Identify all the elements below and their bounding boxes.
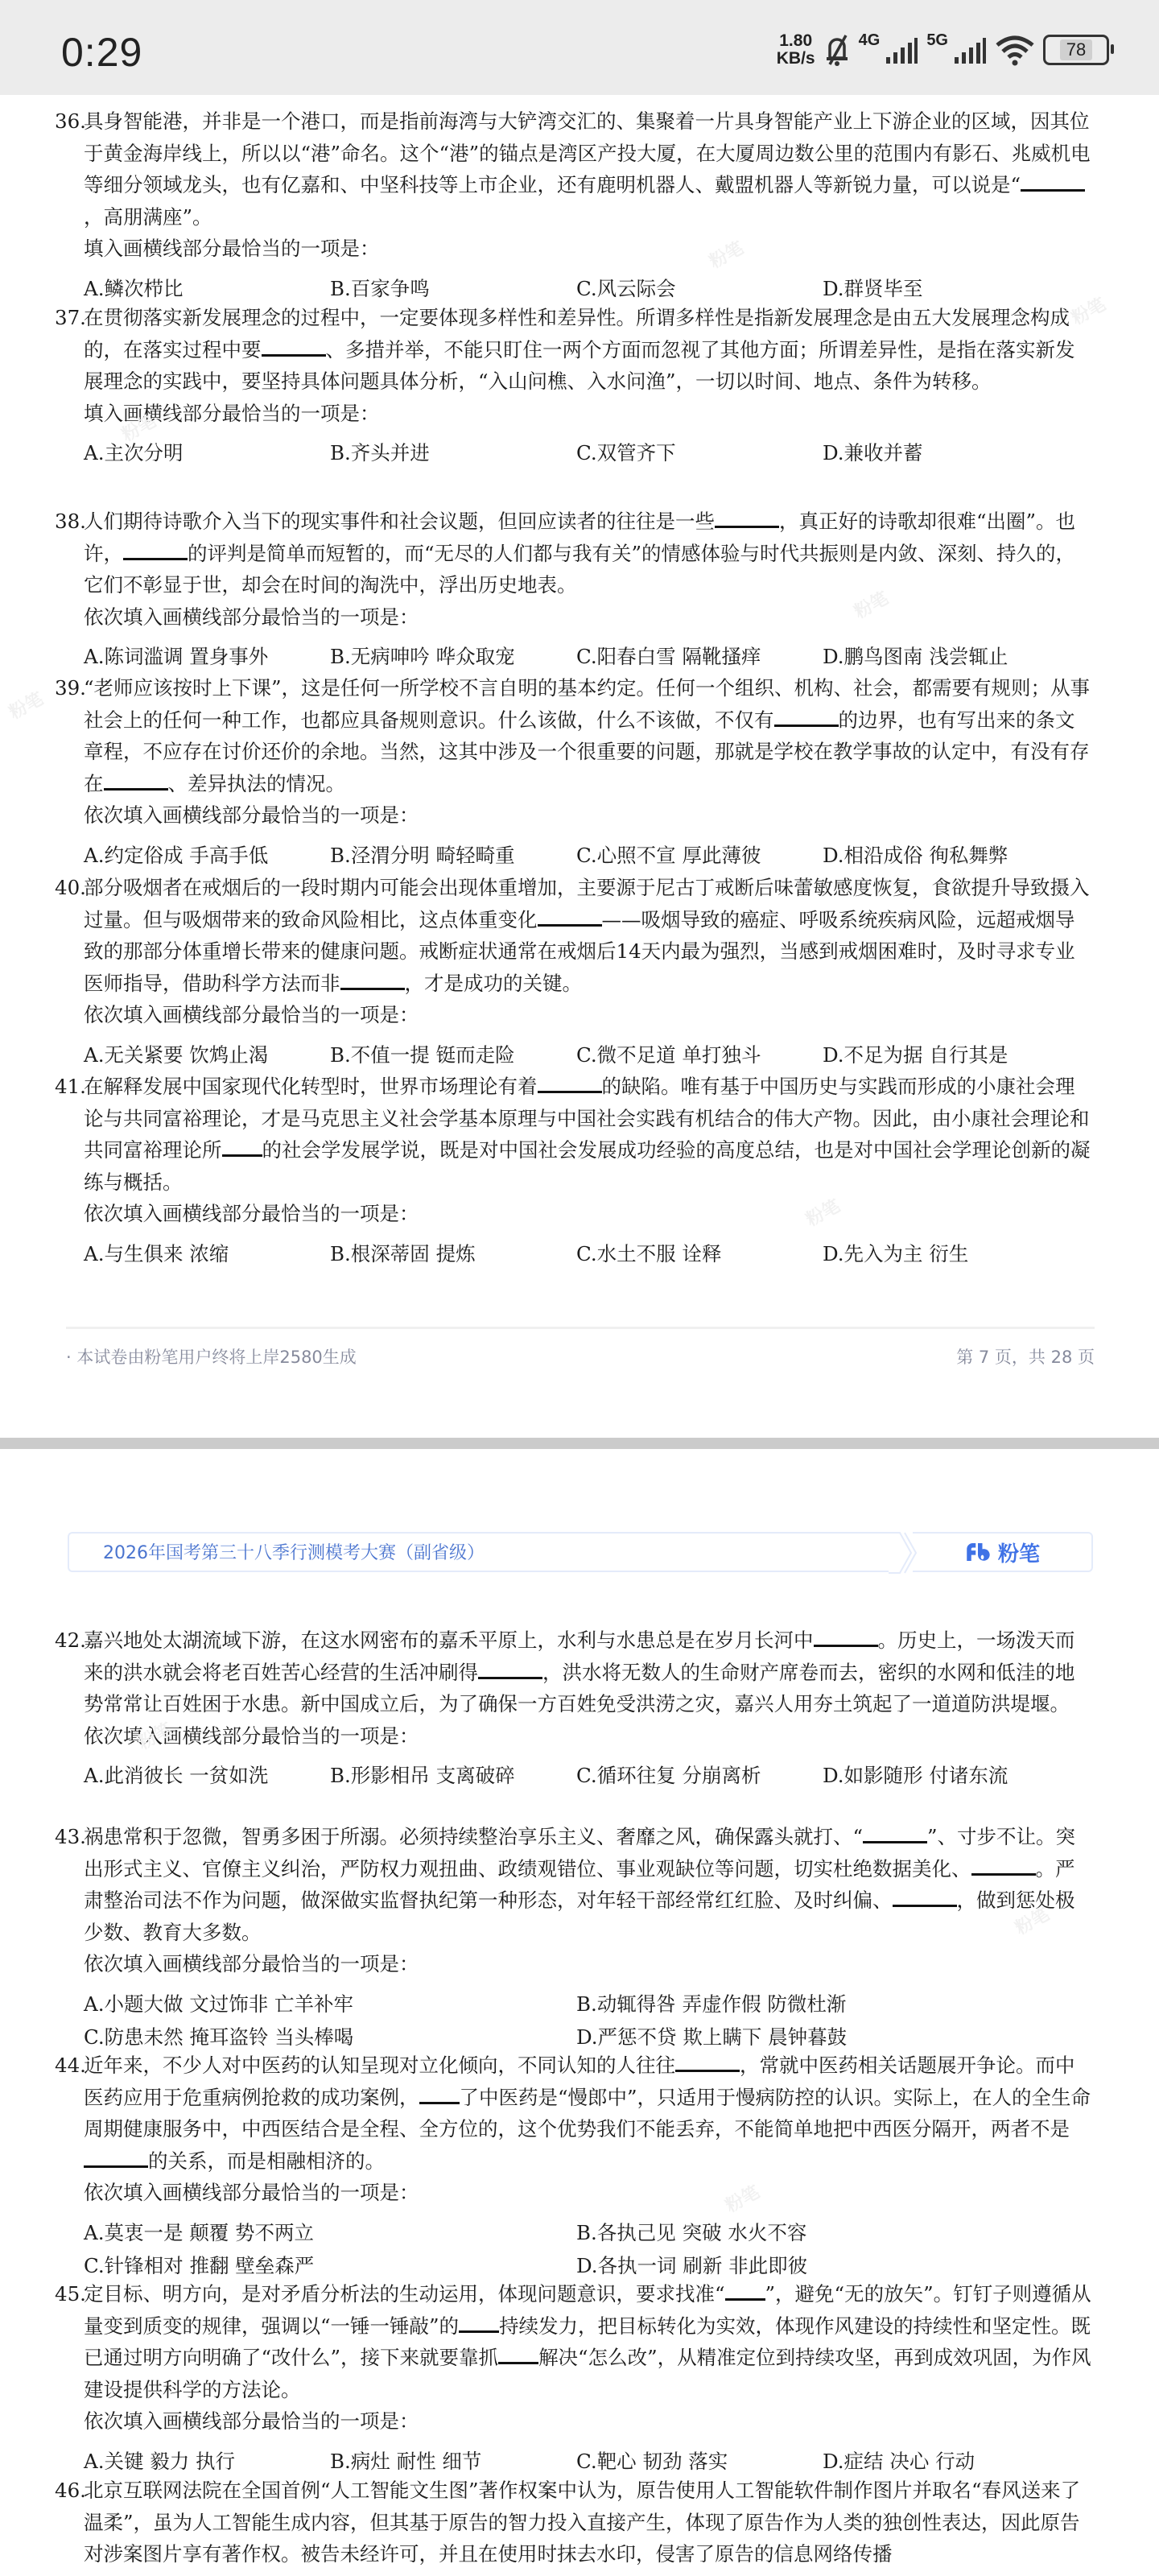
option-d[interactable]: D.相沿成俗 徇私舞弊: [823, 840, 1069, 872]
option-d[interactable]: D.严惩不贷 欺上瞒下 晨钟暮鼓: [576, 2021, 1069, 2054]
blank: [104, 774, 168, 791]
option-d[interactable]: D.如影随形 付诸东流: [823, 1760, 1069, 1792]
brand-logo: 粉笔: [913, 1532, 1093, 1572]
fenbi-logo-icon: [964, 1543, 992, 1561]
option-a[interactable]: A.主次分明: [84, 437, 330, 469]
option-c[interactable]: C.心照不宣 厚此薄彼: [576, 840, 823, 872]
blank: [498, 2347, 538, 2364]
signal-5g-icon: [953, 36, 987, 64]
option-a[interactable]: A.此消彼长 一贫如洗: [84, 1760, 330, 1792]
option-b[interactable]: B.无病呻吟 哗众取宠: [330, 641, 576, 673]
option-b[interactable]: B.各执己见 突破 水火不容: [576, 2217, 1069, 2249]
options: A.此消彼长 一贫如洗 B.形影相吊 支离破碎 C.循环往复 分崩离析 D.如影…: [55, 1760, 1093, 1792]
question-stem: 人们期待诗歌介入当下的现实事件和社会议题，但回应读者的往往是一些，真正好的诗歌却…: [55, 506, 1093, 601]
option-a[interactable]: A.无关紧要 饮鸩止渴: [84, 1039, 330, 1071]
battery-level: 78: [1060, 39, 1092, 60]
blank: [774, 710, 839, 727]
question-46: 46. 北京互联网法院在全国首例“人工智能文生图”著作权案中认为，原告使用人工智…: [55, 2475, 1093, 2570]
footer-divider: [66, 1327, 1095, 1329]
option-b[interactable]: B.齐头并进: [330, 437, 576, 469]
question-36: 36. 具身智能港，并非是一个港口，而是指前海湾与大铲湾交汇的、集聚着一片具身智…: [55, 105, 1093, 304]
option-d[interactable]: D.兼收并蓄: [823, 437, 1069, 469]
page-footer: · 本试卷由粉笔用户终将上岸2580生成 第 7 页，共 28 页: [66, 1344, 1095, 1368]
option-c[interactable]: C.微不足道 单打独斗: [576, 1039, 823, 1071]
option-b[interactable]: B.根深蒂固 提炼: [330, 1238, 576, 1270]
option-a[interactable]: A.关键 毅力 执行: [84, 2446, 330, 2478]
signal-4g-icon: [885, 36, 918, 64]
options: A.主次分明 B.齐头并进 C.双管齐下 D.兼收并蓄: [55, 437, 1093, 469]
blank: [725, 2284, 765, 2301]
status-time: 0:29: [61, 29, 142, 76]
bell-muted-icon: [823, 32, 851, 68]
question-43: 43. 祸患常积于忽微，智勇多困于所溺。必须持续整治享乐主义、奢靡之风，确保露头…: [55, 1821, 1093, 2054]
option-c[interactable]: C.阳春白雪 隔靴搔痒: [576, 641, 823, 673]
blank: [123, 543, 188, 560]
option-a[interactable]: A.陈词滥调 置身事外: [84, 641, 330, 673]
question-42: 42. 嘉兴地处太湖流域下游，在这水网密布的嘉禾平原上，水利与水患总是在岁月长河…: [55, 1624, 1093, 1792]
option-a[interactable]: A.鳞次栉比: [84, 273, 330, 305]
blank: [262, 340, 326, 357]
question-prompt: 依次填入画横线部分最恰当的一项是：: [55, 799, 1093, 832]
option-b[interactable]: B.百家争鸣: [330, 273, 576, 305]
options: A.约定俗成 手高手低 B.泾渭分明 畸轻畸重 C.心照不宣 厚此薄彼 D.相沿…: [55, 840, 1093, 872]
option-b[interactable]: B.动辄得咎 弄虚作假 防微杜渐: [576, 1988, 1069, 2021]
blank: [814, 1630, 878, 1647]
exam-title: 2026年国考第三十八季行测模考大赛（副省级）: [68, 1532, 893, 1572]
question-stem: 部分吸烟者在戒烟后的一段时期内可能会出现体重增加，主要源于尼古丁戒断后味蕾敏感度…: [55, 872, 1093, 999]
status-bar: 0:29 1.80 KB/s 4G 5G: [0, 0, 1159, 95]
blank: [222, 1140, 262, 1157]
option-d[interactable]: D.各执一词 刷新 非此即彼: [576, 2250, 1069, 2282]
question-prompt: 依次填入画横线部分最恰当的一项是：: [55, 2405, 1093, 2438]
option-d[interactable]: D.不足为据 自行其是: [823, 1039, 1069, 1071]
option-b[interactable]: B.泾渭分明 畸轻畸重: [330, 840, 576, 872]
option-b[interactable]: B.不值一提 铤而走险: [330, 1039, 576, 1071]
option-a[interactable]: A.小题大做 文过饰非 亡羊补牢: [84, 1988, 576, 2021]
option-b[interactable]: B.形影相吊 支离破碎: [330, 1760, 576, 1792]
blank: [538, 910, 602, 927]
wifi-icon: [995, 34, 1035, 66]
option-a[interactable]: A.与生俱来 浓缩: [84, 1238, 330, 1270]
question-45: 45. 定目标、明方向，是对矛盾分析法的生动运用，体现问题意识，要求找准“”，避…: [55, 2278, 1093, 2477]
question-prompt: 依次填入画横线部分最恰当的一项是：: [55, 999, 1093, 1031]
option-b[interactable]: B.病灶 耐性 细节: [330, 2446, 576, 2478]
blank: [971, 1859, 1036, 1876]
blank: [84, 2151, 148, 2168]
page-number: 第 7 页，共 28 页: [956, 1344, 1095, 1368]
blank: [715, 511, 779, 528]
option-d[interactable]: D.症结 决心 行动: [823, 2446, 1069, 2478]
options: A.鳞次栉比 B.百家争鸣 C.风云际会 D.群贤毕至: [55, 273, 1093, 305]
option-c[interactable]: C.针锋相对 推翻 壁垒森严: [84, 2250, 576, 2282]
options: A.陈词滥调 置身事外 B.无病呻吟 哗众取宠 C.阳春白雪 隔靴搔痒 D.鹏鸟…: [55, 641, 1093, 673]
blank: [538, 1076, 602, 1093]
option-c[interactable]: C.风云际会: [576, 273, 823, 305]
option-d[interactable]: D.鹏鸟图南 浅尝辄止: [823, 641, 1069, 673]
question-40: 40. 部分吸烟者在戒烟后的一段时期内可能会出现体重增加，主要源于尼古丁戒断后味…: [55, 872, 1093, 1071]
question-stem: 祸患常积于忽微，智勇多困于所溺。必须持续整治享乐主义、奢靡之风，确保露头就打、“…: [55, 1821, 1093, 1948]
question-stem: 北京互联网法院在全国首例“人工智能文生图”著作权案中认为，原告使用人工智能软件制…: [55, 2475, 1093, 2570]
exam-header: 2026年国考第三十八季行测模考大赛（副省级） 粉笔: [68, 1532, 1093, 1574]
question-stem: 嘉兴地处太湖流域下游，在这水网密布的嘉禾平原上，水利与水患总是在岁月长河中。历史…: [55, 1624, 1093, 1720]
question-39: 39. “老师应该按时上下课”，这是任何一所学校不言自明的基本约定。任何一个组织…: [55, 672, 1093, 871]
question-prompt: 填入画横线部分最恰当的一项是：: [55, 233, 1093, 265]
question-38: 38. 人们期待诗歌介入当下的现实事件和社会议题，但回应读者的往往是一些，真正好…: [55, 506, 1093, 673]
blank: [675, 2055, 740, 2072]
question-prompt: 填入画横线部分最恰当的一项是：: [55, 398, 1093, 430]
question-stem: “老师应该按时上下课”，这是任何一所学校不言自明的基本约定。任何一个组织、机构、…: [55, 672, 1093, 799]
question-37: 37. 在贯彻落实新发展理念的过程中，一定要体现多样性和差异性。所谓多样性是指新…: [55, 302, 1093, 469]
options: A.无关紧要 饮鸩止渴 B.不值一提 铤而走险 C.微不足道 单打独斗 D.不足…: [55, 1039, 1093, 1071]
option-a[interactable]: A.约定俗成 手高手低: [84, 840, 330, 872]
network-5g-label: 5G: [926, 31, 948, 50]
question-stem: 具身智能港，并非是一个港口，而是指前海湾与大铲湾交汇的、集聚着一片具身智能产业上…: [55, 105, 1093, 233]
network-4g-label: 4G: [859, 31, 881, 50]
blank: [459, 2316, 499, 2333]
blank: [340, 973, 405, 990]
option-c[interactable]: C.防患未然 掩耳盗铃 当头棒喝: [84, 2021, 576, 2054]
option-a[interactable]: A.莫衷一是 颠覆 势不两立: [84, 2217, 576, 2249]
question-stem: 近年来，不少人对中医药的认知呈现对立化倾向，不同认知的人往往，常就中医药相关话题…: [55, 2050, 1093, 2177]
question-prompt: 依次填入画横线部分最恰当的一项是：: [55, 601, 1093, 634]
option-c[interactable]: C.靶心 韧劲 落实: [576, 2446, 823, 2478]
page-separator: [0, 1438, 1159, 1449]
options: A.关键 毅力 执行 B.病灶 耐性 细节 C.靶心 韧劲 落实 D.症结 决心…: [55, 2446, 1093, 2478]
question-41: 41. 在解释发展中国家现代化转型时，世界市场理论有着的缺陷。唯有基于中国历史与…: [55, 1071, 1093, 1269]
option-c[interactable]: C.循环往复 分崩离析: [576, 1760, 823, 1792]
option-d[interactable]: D.先入为主 衍生: [823, 1238, 1069, 1270]
brand-name: 粉笔: [998, 1538, 1040, 1567]
options: A.小题大做 文过饰非 亡羊补牢 B.动辄得咎 弄虚作假 防微杜渐 C.防患未然…: [55, 1988, 1093, 2054]
question-prompt: 依次填入画横线部分最恰当的一项是：: [55, 2177, 1093, 2209]
option-c[interactable]: C.双管齐下: [576, 437, 823, 469]
question-44: 44. 近年来，不少人对中医药的认知呈现对立化倾向，不同认知的人往往，常就中医药…: [55, 2050, 1093, 2282]
blank: [478, 1662, 542, 1679]
question-stem: 定目标、明方向，是对矛盾分析法的生动运用，体现问题意识，要求找准“”，避免“无的…: [55, 2278, 1093, 2405]
options: A.与生俱来 浓缩 B.根深蒂固 提炼 C.水土不服 诠释 D.先入为主 衍生: [55, 1238, 1093, 1270]
blank: [863, 1827, 927, 1843]
question-stem: 在解释发展中国家现代化转型时，世界市场理论有着的缺陷。唯有基于中国历史与实践而形…: [55, 1071, 1093, 1198]
status-icons: 1.80 KB/s 4G 5G 78: [777, 31, 1109, 69]
question-prompt: 依次填入画横线部分最恰当的一项是：: [55, 1948, 1093, 1980]
question-prompt: 依次填入画横线部分最恰当的一项是：: [55, 1198, 1093, 1230]
option-d[interactable]: D.群贤毕至: [823, 273, 1069, 305]
blank: [1021, 175, 1085, 192]
blank: [893, 1890, 957, 1907]
footer-generated-by: · 本试卷由粉笔用户终将上岸2580生成: [66, 1344, 357, 1368]
question-prompt: 依次填入画横线部分最恰当的一项是：: [55, 1720, 1093, 1752]
battery-icon: 78: [1043, 35, 1109, 65]
options: A.莫衷一是 颠覆 势不两立 B.各执己见 突破 水火不容 C.针锋相对 推翻 …: [55, 2217, 1093, 2282]
blank: [419, 2087, 460, 2104]
network-speed: 1.80 KB/s: [777, 32, 815, 68]
option-c[interactable]: C.水土不服 诠释: [576, 1238, 823, 1270]
question-stem: 在贯彻落实新发展理念的过程中，一定要体现多样性和差异性。所谓多样性是指新发展理念…: [55, 302, 1093, 398]
